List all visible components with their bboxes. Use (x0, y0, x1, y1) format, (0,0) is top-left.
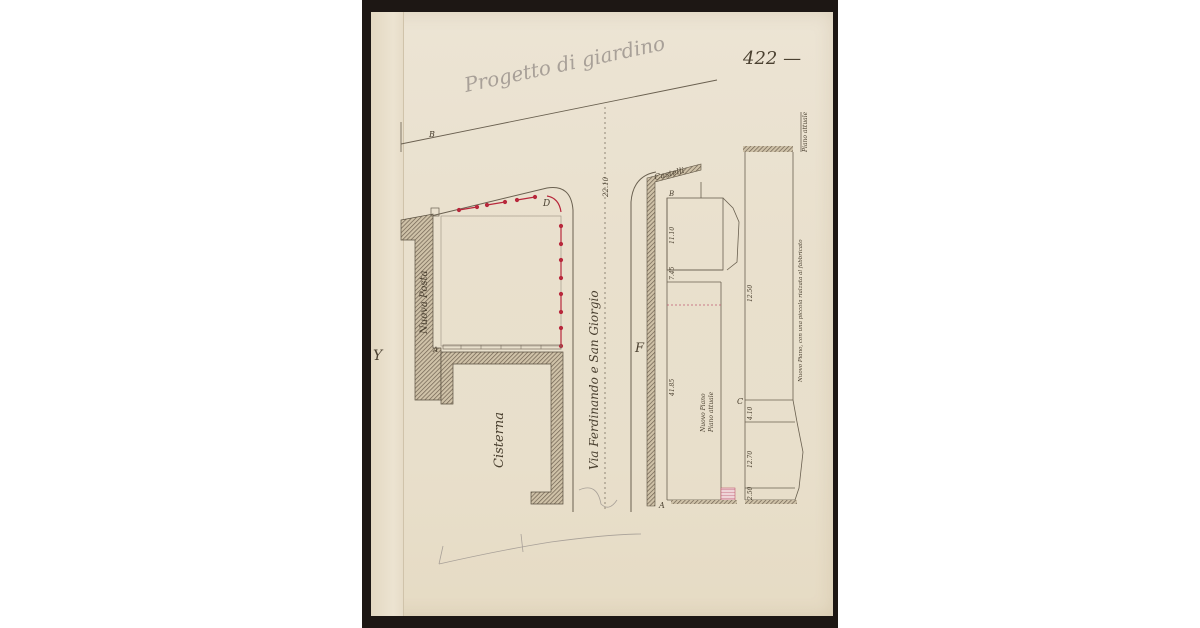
pencil-heading: Progetto di giardino (461, 31, 667, 97)
courtyard-outline (441, 216, 561, 346)
pencil-boundary-curve (439, 534, 641, 564)
manuscript-sheet: Progetto di giardino 422 — B 22.10 Nuova… (371, 12, 833, 616)
page-number: 422 — (742, 48, 801, 69)
corner-label-a: A (432, 346, 438, 354)
dimension-22-10-right: 12.50 (747, 285, 754, 302)
top-note: Piano attuale (802, 111, 809, 153)
pink-marker (721, 488, 735, 500)
corner-label-b-right: B (668, 190, 674, 198)
property-line: B (401, 80, 717, 152)
pencil-tick-left (439, 546, 443, 564)
dimension-2-50: 2.50 (747, 486, 754, 501)
corner-label-c: C (737, 397, 743, 406)
right-base-hatch (671, 500, 737, 504)
dimension-12-70: 12.70 (747, 451, 754, 468)
castelli-label: Castelli (653, 166, 685, 182)
dimension-7-45: 7.45 (669, 266, 676, 280)
dimension-11-10: 11.10 (669, 227, 676, 244)
note-nuovo-piano: Nuovo Piano (700, 393, 707, 433)
nuova-posta-label: Nuova Posta (419, 271, 430, 335)
scale-bar (443, 345, 561, 349)
red-boundary (458, 196, 563, 348)
nuova-posta-wall: Nuova Posta (401, 208, 441, 400)
site-plan-drawing: Progetto di giardino 422 — B 22.10 Nuova… (371, 12, 833, 616)
cisterna-block: Cisterna (441, 352, 563, 504)
far-right-building (743, 112, 803, 500)
dimension-4-10: 4.10 (747, 406, 754, 421)
left-margin-mark: Y (373, 348, 384, 364)
street-name: Via Ferdinando e San Giorgio (587, 290, 601, 470)
svg-text:B: B (428, 130, 435, 139)
cisterna-label: Cisterna (492, 412, 507, 468)
right-building (667, 182, 739, 500)
street-dimension: 22.10 (602, 176, 610, 198)
street-flourish (579, 488, 617, 507)
dimension-41-85: 41.85 (669, 379, 676, 397)
section-label-f: F (634, 341, 645, 356)
pencil-tick-mid (521, 534, 523, 552)
corner-label-d: D (542, 199, 550, 209)
side-note: Nuovo Piano, con una piccola rialzata al… (798, 239, 804, 383)
note-piano-attuale: Piano attuale (708, 391, 715, 433)
corner-label-a-right: A (658, 501, 665, 510)
castelli-wall: Castelli (647, 164, 701, 506)
